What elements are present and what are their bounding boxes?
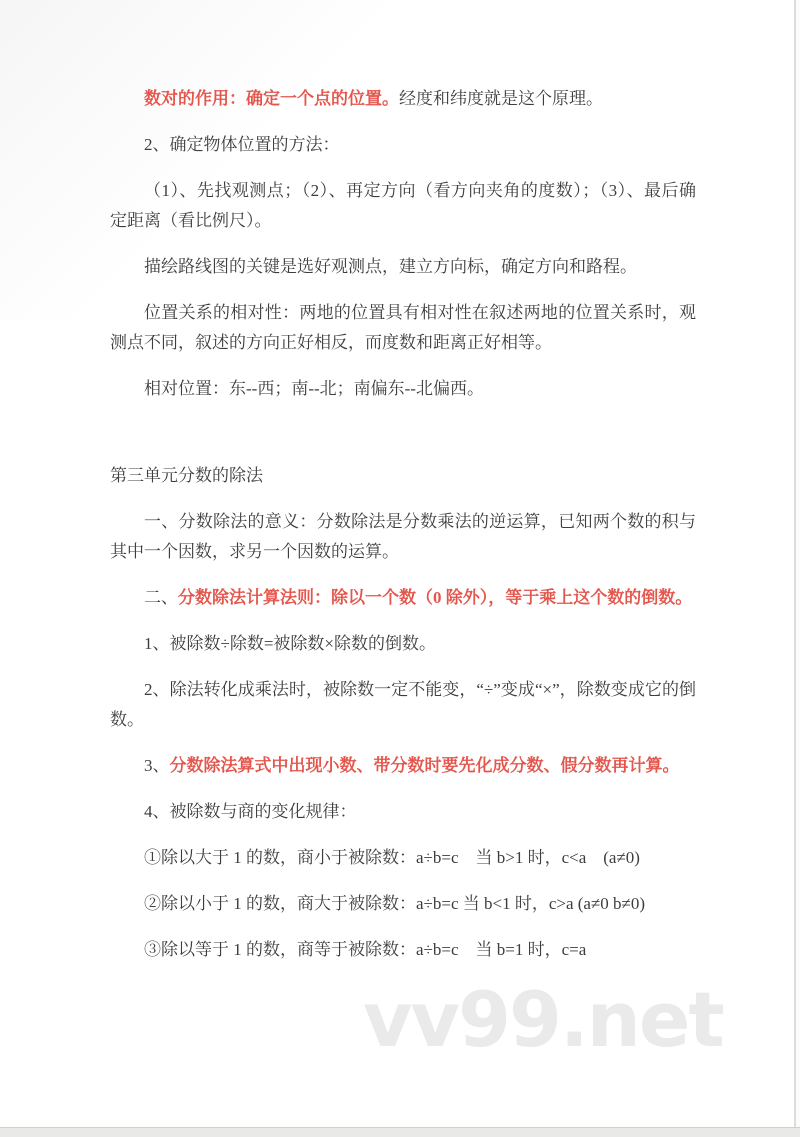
para-locating-methods-heading: 2、确定物体位置的方法：: [110, 130, 696, 160]
document-page: 数对的作用：确定一个点的位置。经度和纬度就是这个原理。 2、确定物体位置的方法：…: [0, 0, 794, 1128]
para-case-divisor-lt-1: ②除以小于 1 的数，商大于被除数：a÷b=c 当 b<1 时，c>a (a≠0…: [110, 889, 696, 919]
body-text: 3、: [144, 756, 170, 775]
para-case-divisor-gt-1: ①除以大于 1 的数，商小于被除数：a÷b=c 当 b>1 时，c<a (a≠0…: [110, 843, 696, 873]
red-emphasis-text: 分数除法算式中出现小数、带分数时要先化成分数、假分数再计算。: [170, 756, 680, 775]
para-route-map-key: 描绘路线图的关键是选好观测点，建立方向标，确定方向和路程。: [110, 252, 696, 282]
body-text: 描绘路线图的关键是选好观测点，建立方向标，确定方向和路程。: [144, 257, 637, 276]
body-text: 2、确定物体位置的方法：: [144, 135, 340, 154]
body-text: 2、除法转化成乘法时，被除数一定不能变，“÷”变成“×”，除数变成它的倒数。: [110, 680, 696, 729]
page-bottom-edge: [0, 1127, 800, 1137]
para-fraction-division-meaning: 一、分数除法的意义：分数除法是分数乘法的逆运算，已知两个数的积与其中一个因数，求…: [110, 507, 696, 567]
para-rule-4-heading: 4、被除数与商的变化规律：: [110, 797, 696, 827]
body-text: 经度和纬度就是这个原理。: [399, 89, 603, 108]
para-rule-1: 1、被除数÷除数=被除数×除数的倒数。: [110, 629, 696, 659]
body-text: 1、被除数÷除数=被除数×除数的倒数。: [144, 634, 436, 653]
body-text: 相对位置：东--西；南--北；南偏东--北偏西。: [144, 379, 484, 398]
page-right-edge-line: [794, 0, 796, 1128]
red-emphasis-text: 分数除法计算法则：除以一个数（0 除外），等于乘上这个数的倒数。: [178, 588, 692, 607]
body-text: ②除以小于 1 的数，商大于被除数：a÷b=c 当 b<1 时，c>a (a≠0…: [144, 894, 645, 913]
para-fraction-division-rule: 二、分数除法计算法则：除以一个数（0 除外），等于乘上这个数的倒数。: [110, 583, 696, 613]
section-title-unit3: 第三单元分数的除法: [110, 461, 696, 491]
body-text: ③除以等于 1 的数，商等于被除数：a÷b=c 当 b=1 时，c=a: [144, 940, 586, 959]
para-relative-position-pairs: 相对位置：东--西；南--北；南偏东--北偏西。: [110, 374, 696, 404]
body-text: （1）、先找观测点；（2）、再定方向（看方向夹角的度数）；（3）、最后确定距离（…: [110, 181, 696, 230]
body-text: 位置关系的相对性：两地的位置具有相对性在叙述两地的位置关系时，观测点不同，叙述的…: [110, 303, 696, 352]
body-text: 一、分数除法的意义：分数除法是分数乘法的逆运算，已知两个数的积与其中一个因数，求…: [110, 512, 696, 561]
body-text: 4、被除数与商的变化规律：: [144, 802, 357, 821]
para-case-divisor-eq-1: ③除以等于 1 的数，商等于被除数：a÷b=c 当 b=1 时，c=a: [110, 935, 696, 965]
body-text: 二、: [144, 588, 178, 607]
page-right-gutter: [796, 0, 800, 1128]
para-locating-steps: （1）、先找观测点；（2）、再定方向（看方向夹角的度数）；（3）、最后确定距离（…: [110, 176, 696, 236]
document-body: 数对的作用：确定一个点的位置。经度和纬度就是这个原理。 2、确定物体位置的方法：…: [110, 0, 696, 981]
para-relative-position-property: 位置关系的相对性：两地的位置具有相对性在叙述两地的位置关系时，观测点不同，叙述的…: [110, 298, 696, 358]
section-title-text: 第三单元分数的除法: [110, 466, 263, 485]
red-emphasis-text: 数对的作用：确定一个点的位置。: [144, 89, 399, 108]
para-rule-2: 2、除法转化成乘法时，被除数一定不能变，“÷”变成“×”，除数变成它的倒数。: [110, 675, 696, 735]
para-rule-3: 3、分数除法算式中出现小数、带分数时要先化成分数、假分数再计算。: [110, 751, 696, 781]
site-watermark: vv99.net: [363, 975, 723, 1064]
body-text: ①除以大于 1 的数，商小于被除数：a÷b=c 当 b>1 时，c<a (a≠0…: [144, 848, 640, 867]
para-number-pair-role: 数对的作用：确定一个点的位置。经度和纬度就是这个原理。: [110, 84, 696, 114]
